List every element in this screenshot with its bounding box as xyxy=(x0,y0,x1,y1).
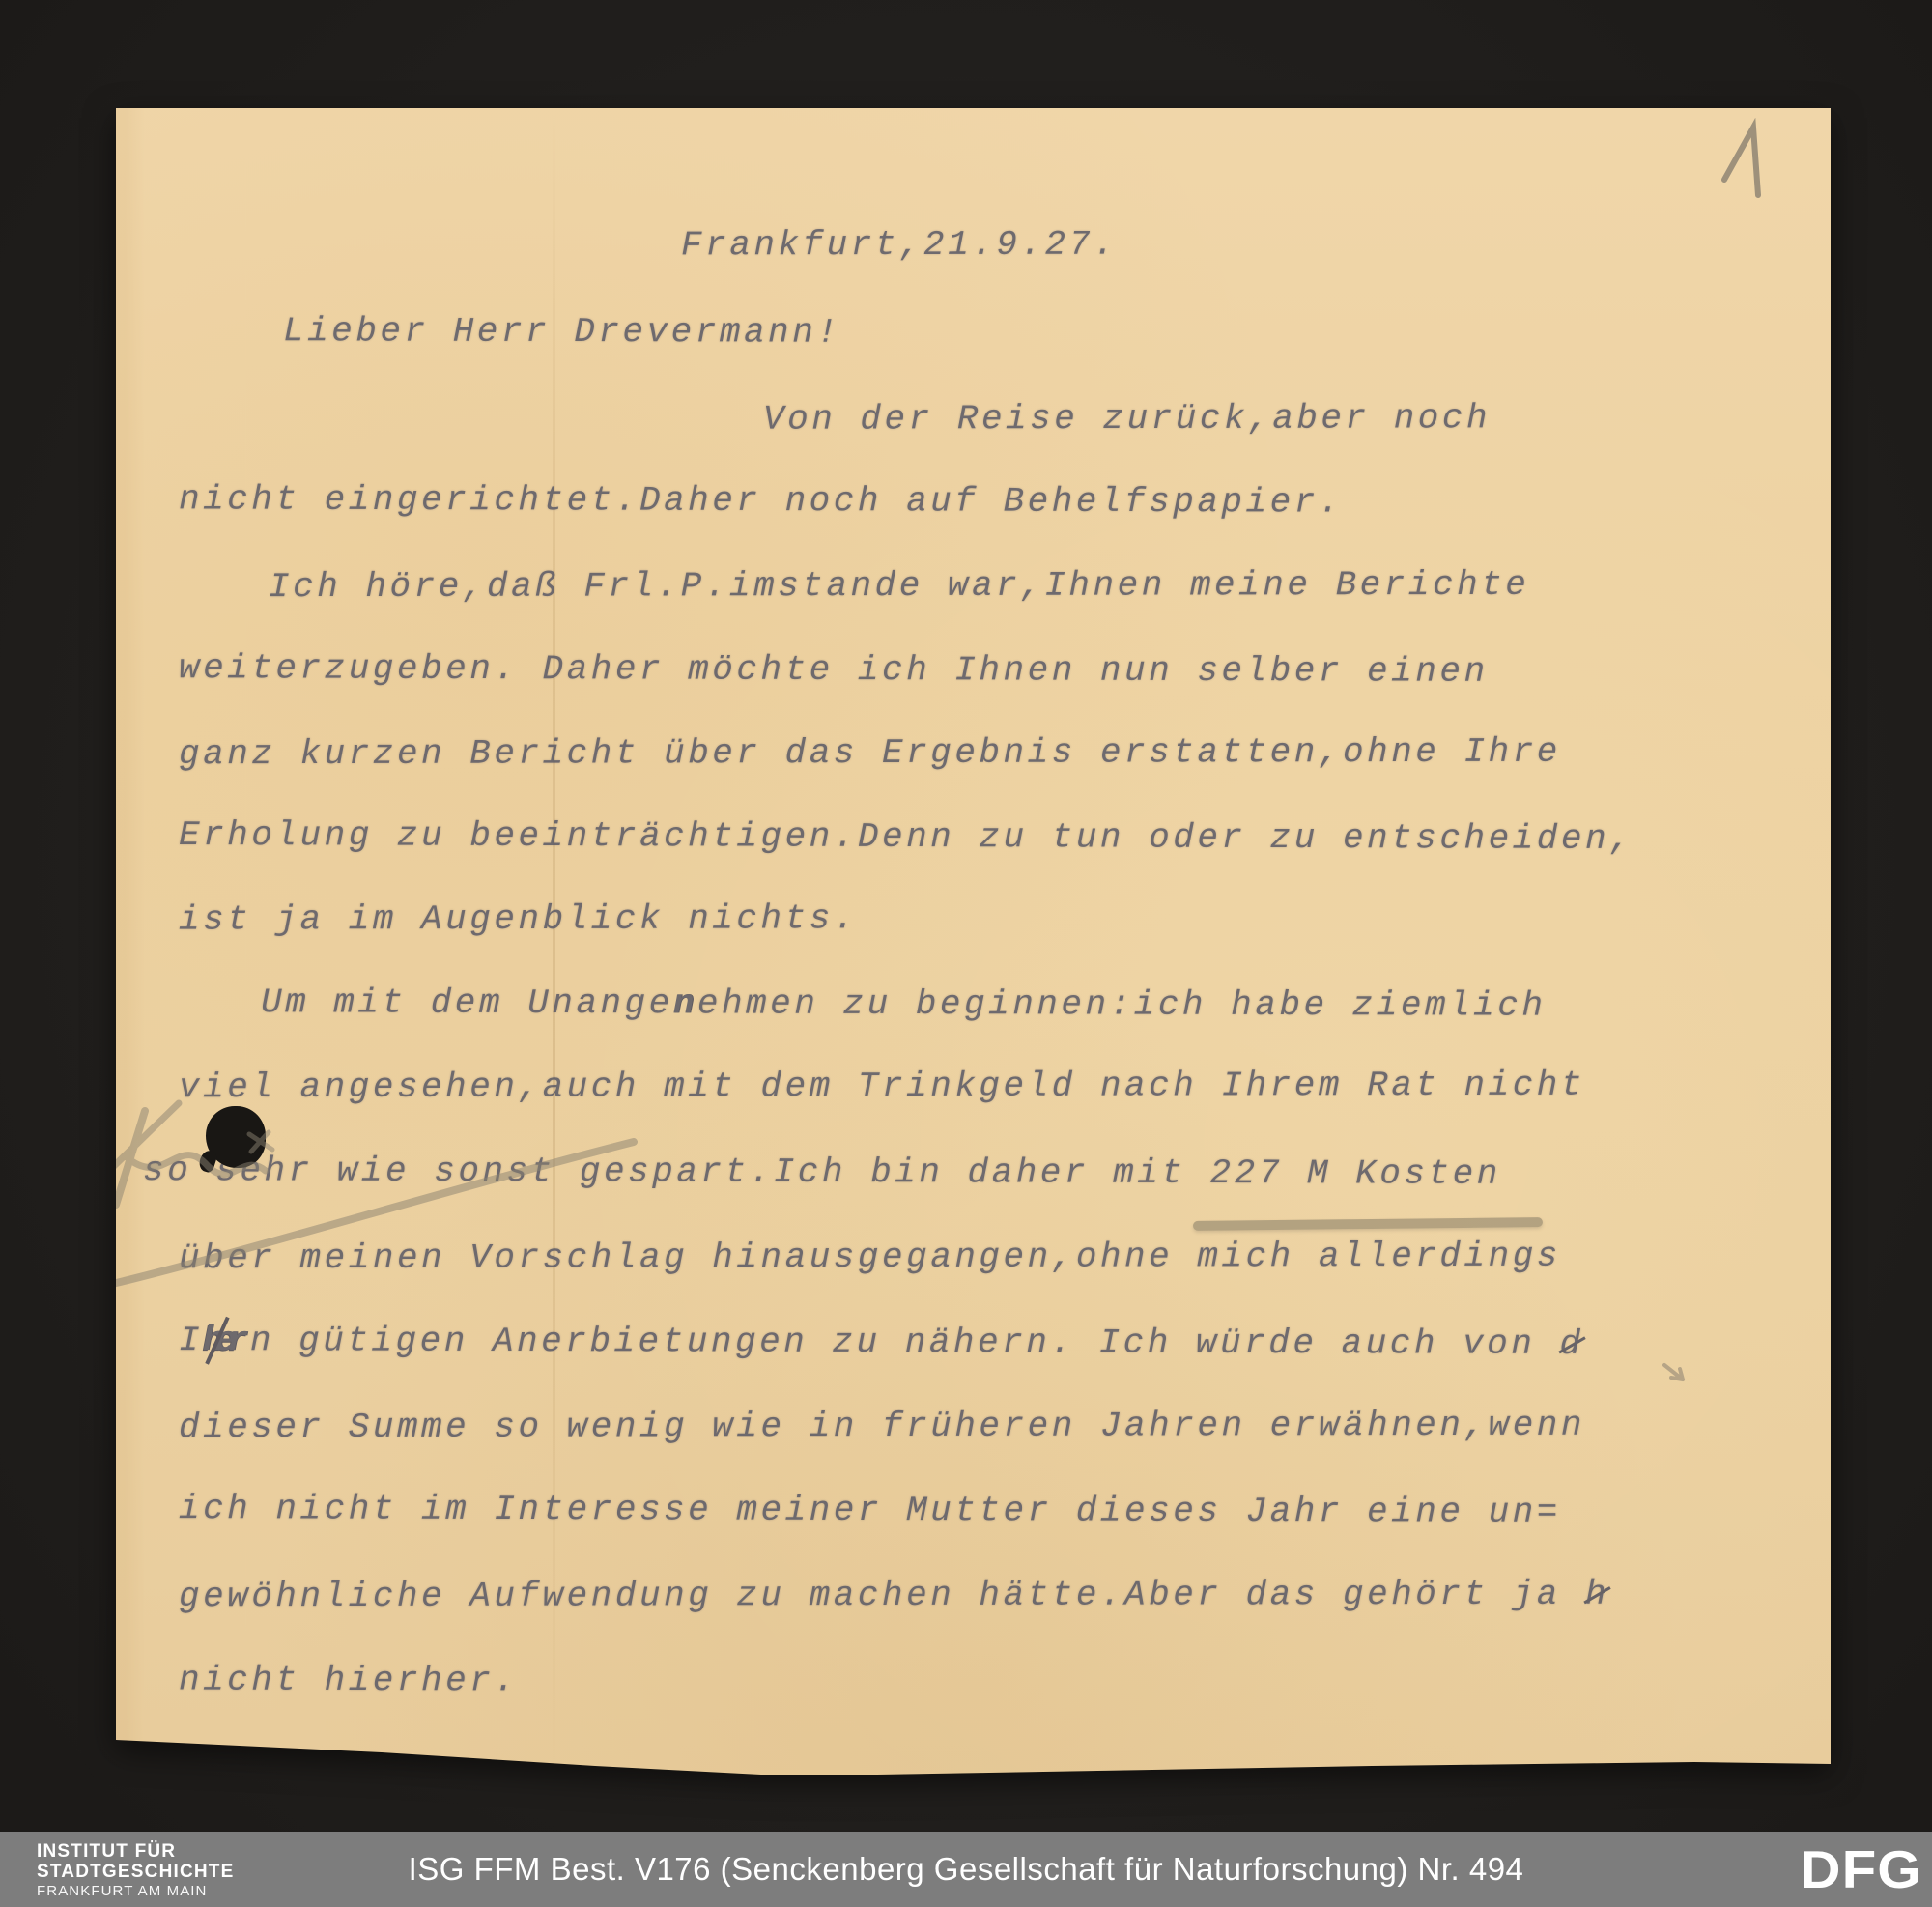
pencil-underline xyxy=(1193,1217,1543,1231)
page-number-pencil xyxy=(1715,118,1773,205)
letter-line: gewöhnliche Aufwendung zu machen hätte.A… xyxy=(179,1574,1609,1619)
pencil-annotation-icon xyxy=(87,1074,686,1364)
letter-line: nicht eingerichtet.Daher noch auf Behelf… xyxy=(179,478,1343,524)
dfg-logo: DFG xyxy=(1800,1838,1921,1900)
letter-line: ich nicht im Interesse meiner Mutter die… xyxy=(179,1488,1561,1534)
letter-text: gewöhnliche Aufwendung zu machen hätte.A… xyxy=(179,1575,1585,1617)
letter-page: Frankfurt,21.9.27.Lieber Herr Drevermann… xyxy=(116,108,1831,1775)
archive-reference-caption: ISG FFM Best. V176 (Senckenberg Gesellsc… xyxy=(409,1851,1524,1888)
letter-line: dieser Summe so wenig wie in früheren Ja… xyxy=(179,1405,1585,1450)
pencil-arrow-icon xyxy=(1662,1362,1700,1391)
letter-line: ist ja im Augenblick nichts. xyxy=(179,897,858,941)
archive-caption-bar: INSTITUT FÜR STADTGESCHICHTE FRANKFURT A… xyxy=(0,1832,1932,1907)
institute-logo: INSTITUT FÜR STADTGESCHICHTE FRANKFURT A… xyxy=(37,1841,234,1900)
letter-line: Erholung zu beeinträchtigen.Denn zu tun … xyxy=(179,814,1634,861)
letter-line: Ich höre,daß Frl.P.imstande war,Ihnen me… xyxy=(269,564,1529,609)
institute-name-line2: STADTGESCHICHTE xyxy=(37,1862,234,1882)
letter-corrected-text: h xyxy=(1585,1574,1609,1616)
letter-line: Von der Reise zurück,aber noch xyxy=(763,397,1491,441)
letter-line: weiterzugeben. Daher möchte ich Ihnen nu… xyxy=(179,647,1489,694)
letter-line: Frankfurt,21.9.27. xyxy=(681,224,1118,268)
letter-text: ehmen zu beginnen:ich habe ziemlich xyxy=(697,983,1547,1025)
letter-corrected-text: d xyxy=(1559,1324,1583,1366)
letter-line: Lieber Herr Drevermann! xyxy=(283,310,841,355)
scan-background: { "scene": { "background_color": "#211f1… xyxy=(0,0,1932,1907)
letter-corrected-text: n xyxy=(673,983,697,1023)
letter-text: Um mit dem Unange xyxy=(261,982,673,1023)
institute-name-line1: INSTITUT FÜR xyxy=(37,1841,234,1862)
institute-name-line3: FRANKFURT AM MAIN xyxy=(37,1882,234,1900)
letter-page-wrap: Frankfurt,21.9.27.Lieber Herr Drevermann… xyxy=(116,108,1831,1775)
letter-line: nicht hierher. xyxy=(179,1660,519,1703)
letter-line: ganz kurzen Bericht über das Ergebnis er… xyxy=(179,731,1561,776)
letter-line: Um mit dem Unangenehmen zu beginnen:ich … xyxy=(261,982,1547,1027)
